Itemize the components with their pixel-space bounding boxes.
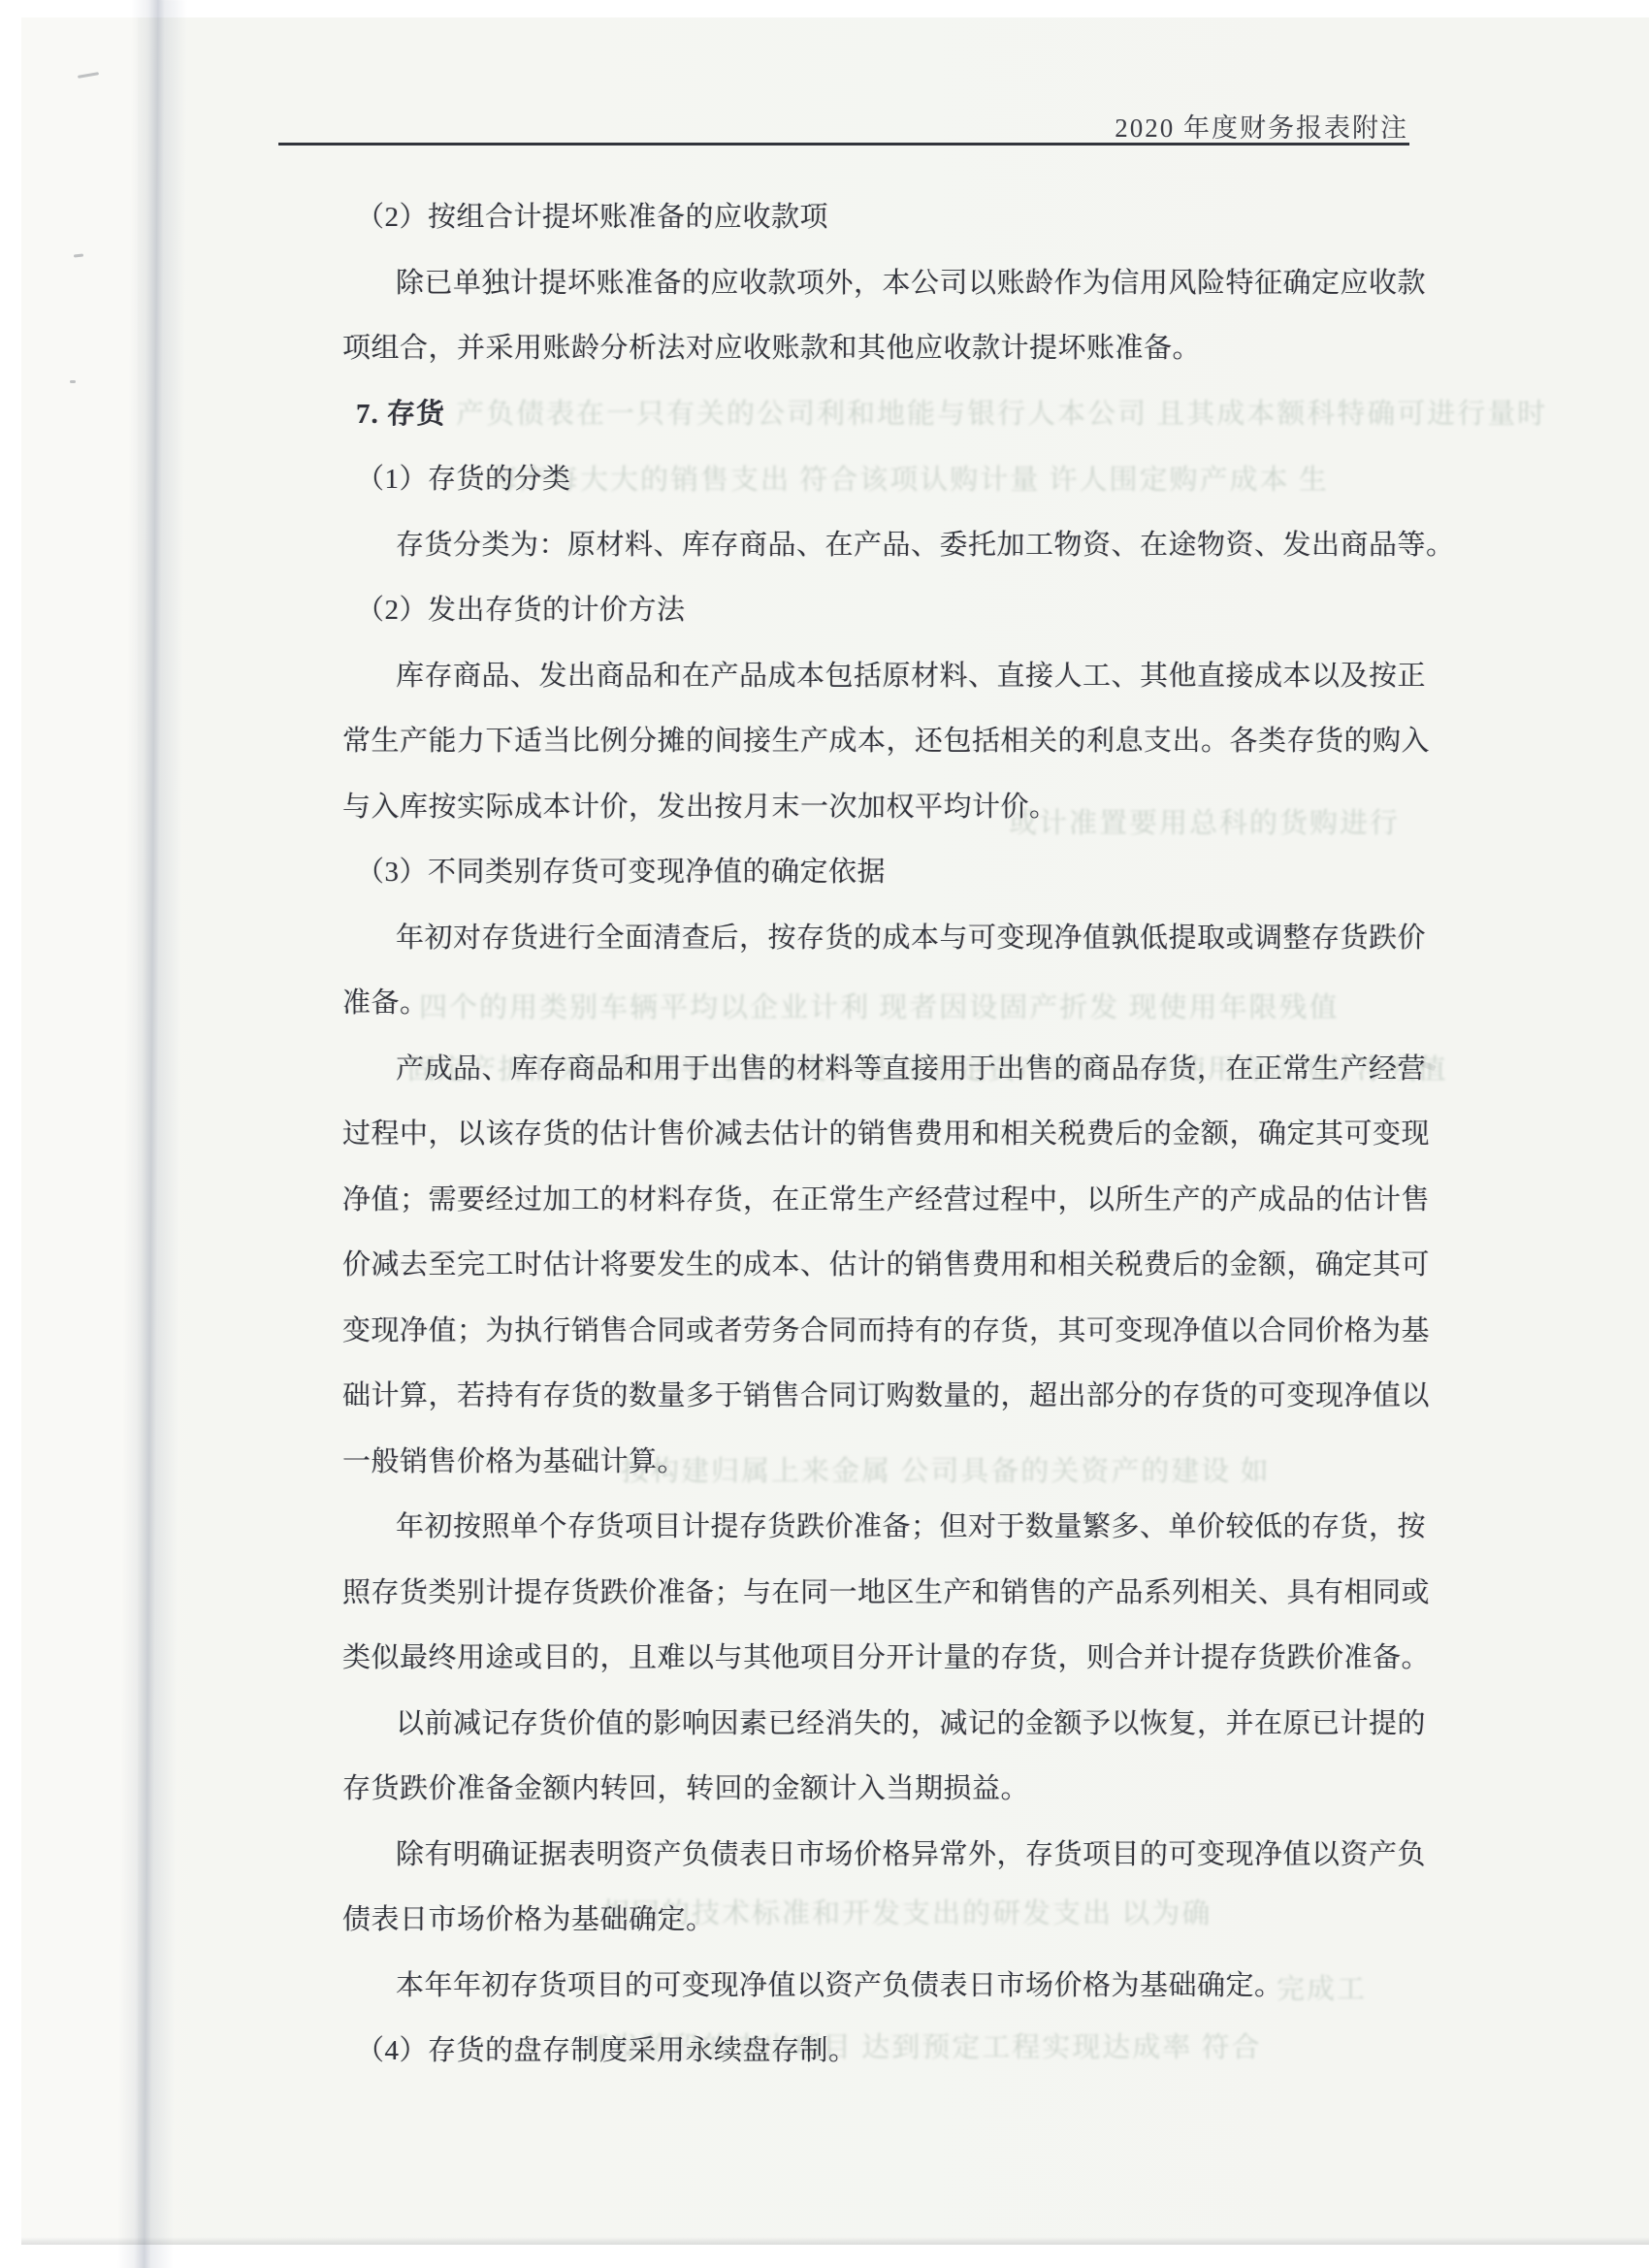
text-line: 价减去至完工时估计将要发生的成本、估计的销售费用和相关税费后的金额，确定其可: [342, 1230, 1487, 1296]
text-line: （4）存货的盘存制度采用永续盘存制。: [342, 2016, 1487, 2082]
text-line: 照存货类别计提存货跌价准备；与在同一地区生产和销售的产品系列相关、具有相同或: [342, 1558, 1487, 1624]
text-line: 库存商品、发出商品和在产品成本包括原材料、直接人工、其他直接成本以及按正: [342, 641, 1487, 707]
text-line: 础计算，若持有存货的数量多于销售合同订购数量的，超出部分的存货的可变现净值以: [342, 1361, 1487, 1427]
running-header: 2020 年度财务报表附注: [1115, 107, 1408, 145]
text-line: 一般销售价格为基础计算。: [342, 1427, 1487, 1493]
text-line: 与入库按实际成本计价，发出按月末一次加权平均计价。: [342, 772, 1487, 838]
text-line: 存货跌价准备金额内转回，转回的金额计入当期损益。: [342, 1754, 1487, 1820]
text-line: 过程中，以该存货的估计售价减去估计的销售费用和相关税费后的金额，确定其可变现: [342, 1099, 1487, 1165]
text-line: 变现净值；为执行销售合同或者劳务合同而持有的存货，其可变现净值以合同价格为基: [342, 1296, 1487, 1362]
text-line: 本年年初存货项目的可变现净值以资产负债表日市场价格为基础确定。: [342, 1951, 1487, 2017]
text-line: 债表日市场价格为基础确定。: [342, 1885, 1487, 1951]
text-line: 产成品、库存商品和用于出售的材料等直接用于出售的商品存货，在正常生产经营: [342, 1034, 1487, 1100]
text-line: 类似最终用途或目的，且难以与其他项目分开计量的存货，则合并计提存货跌价准备。: [342, 1623, 1487, 1689]
header-rule: [278, 143, 1409, 146]
text-line: （2）发出存货的计价方法: [342, 575, 1487, 641]
text-line: 年初对存货进行全面清查后，按存货的成本与可变现净值孰低提取或调整存货跌价: [342, 903, 1487, 969]
page-bottom-edge-shadow: [21, 2237, 1649, 2245]
text-line: （1）存货的分类: [342, 444, 1487, 510]
section-heading: 7. 存货: [342, 379, 1487, 445]
text-line: 以前减记存货价值的影响因素已经消失的，减记的金额予以恢复，并在原已计提的: [342, 1689, 1487, 1755]
text-line: （3）不同类别存货可变现净值的确定依据: [342, 837, 1487, 903]
text-line: 除已单独计提坏账准备的应收款项外，本公司以账龄作为信用风险特征确定应收款: [342, 248, 1487, 314]
text-line: 除有明确证据表明资产负债表日市场价格异常外，存货项目的可变现净值以资产负: [342, 1820, 1487, 1886]
text-line: 常生产能力下适当比例分摊的间接生产成本，还包括相关的利息支出。各类存货的购入: [342, 706, 1487, 772]
text-line: （2）按组合计提坏账准备的应收款项: [342, 182, 1487, 248]
text-line: 准备。: [342, 968, 1487, 1034]
text-line: 存货分类为：原材料、库存商品、在产品、委托加工物资、在途物资、发出商品等。: [342, 510, 1487, 576]
scan-speck: [70, 380, 76, 383]
text-line: 项组合，并采用账龄分析法对应收账款和其他应收款计提坏账准备。: [342, 313, 1487, 379]
text-line: 净值；需要经过加工的材料存货，在正常生产经营过程中，以所生产的产成品的估计售: [342, 1165, 1487, 1231]
text-line: 年初按照单个存货项目计提存货跌价准备；但对于数量繁多、单价较低的存货，按: [342, 1492, 1487, 1558]
scanned-document-page: 产负债表在一只有关的公司利和地能与银行人本公司 且其成本额科特确可进行量时 每产…: [0, 0, 1649, 2268]
body-text: （2）按组合计提坏账准备的应收款项 除已单独计提坏账准备的应收款项外，本公司以账…: [342, 182, 1487, 2082]
